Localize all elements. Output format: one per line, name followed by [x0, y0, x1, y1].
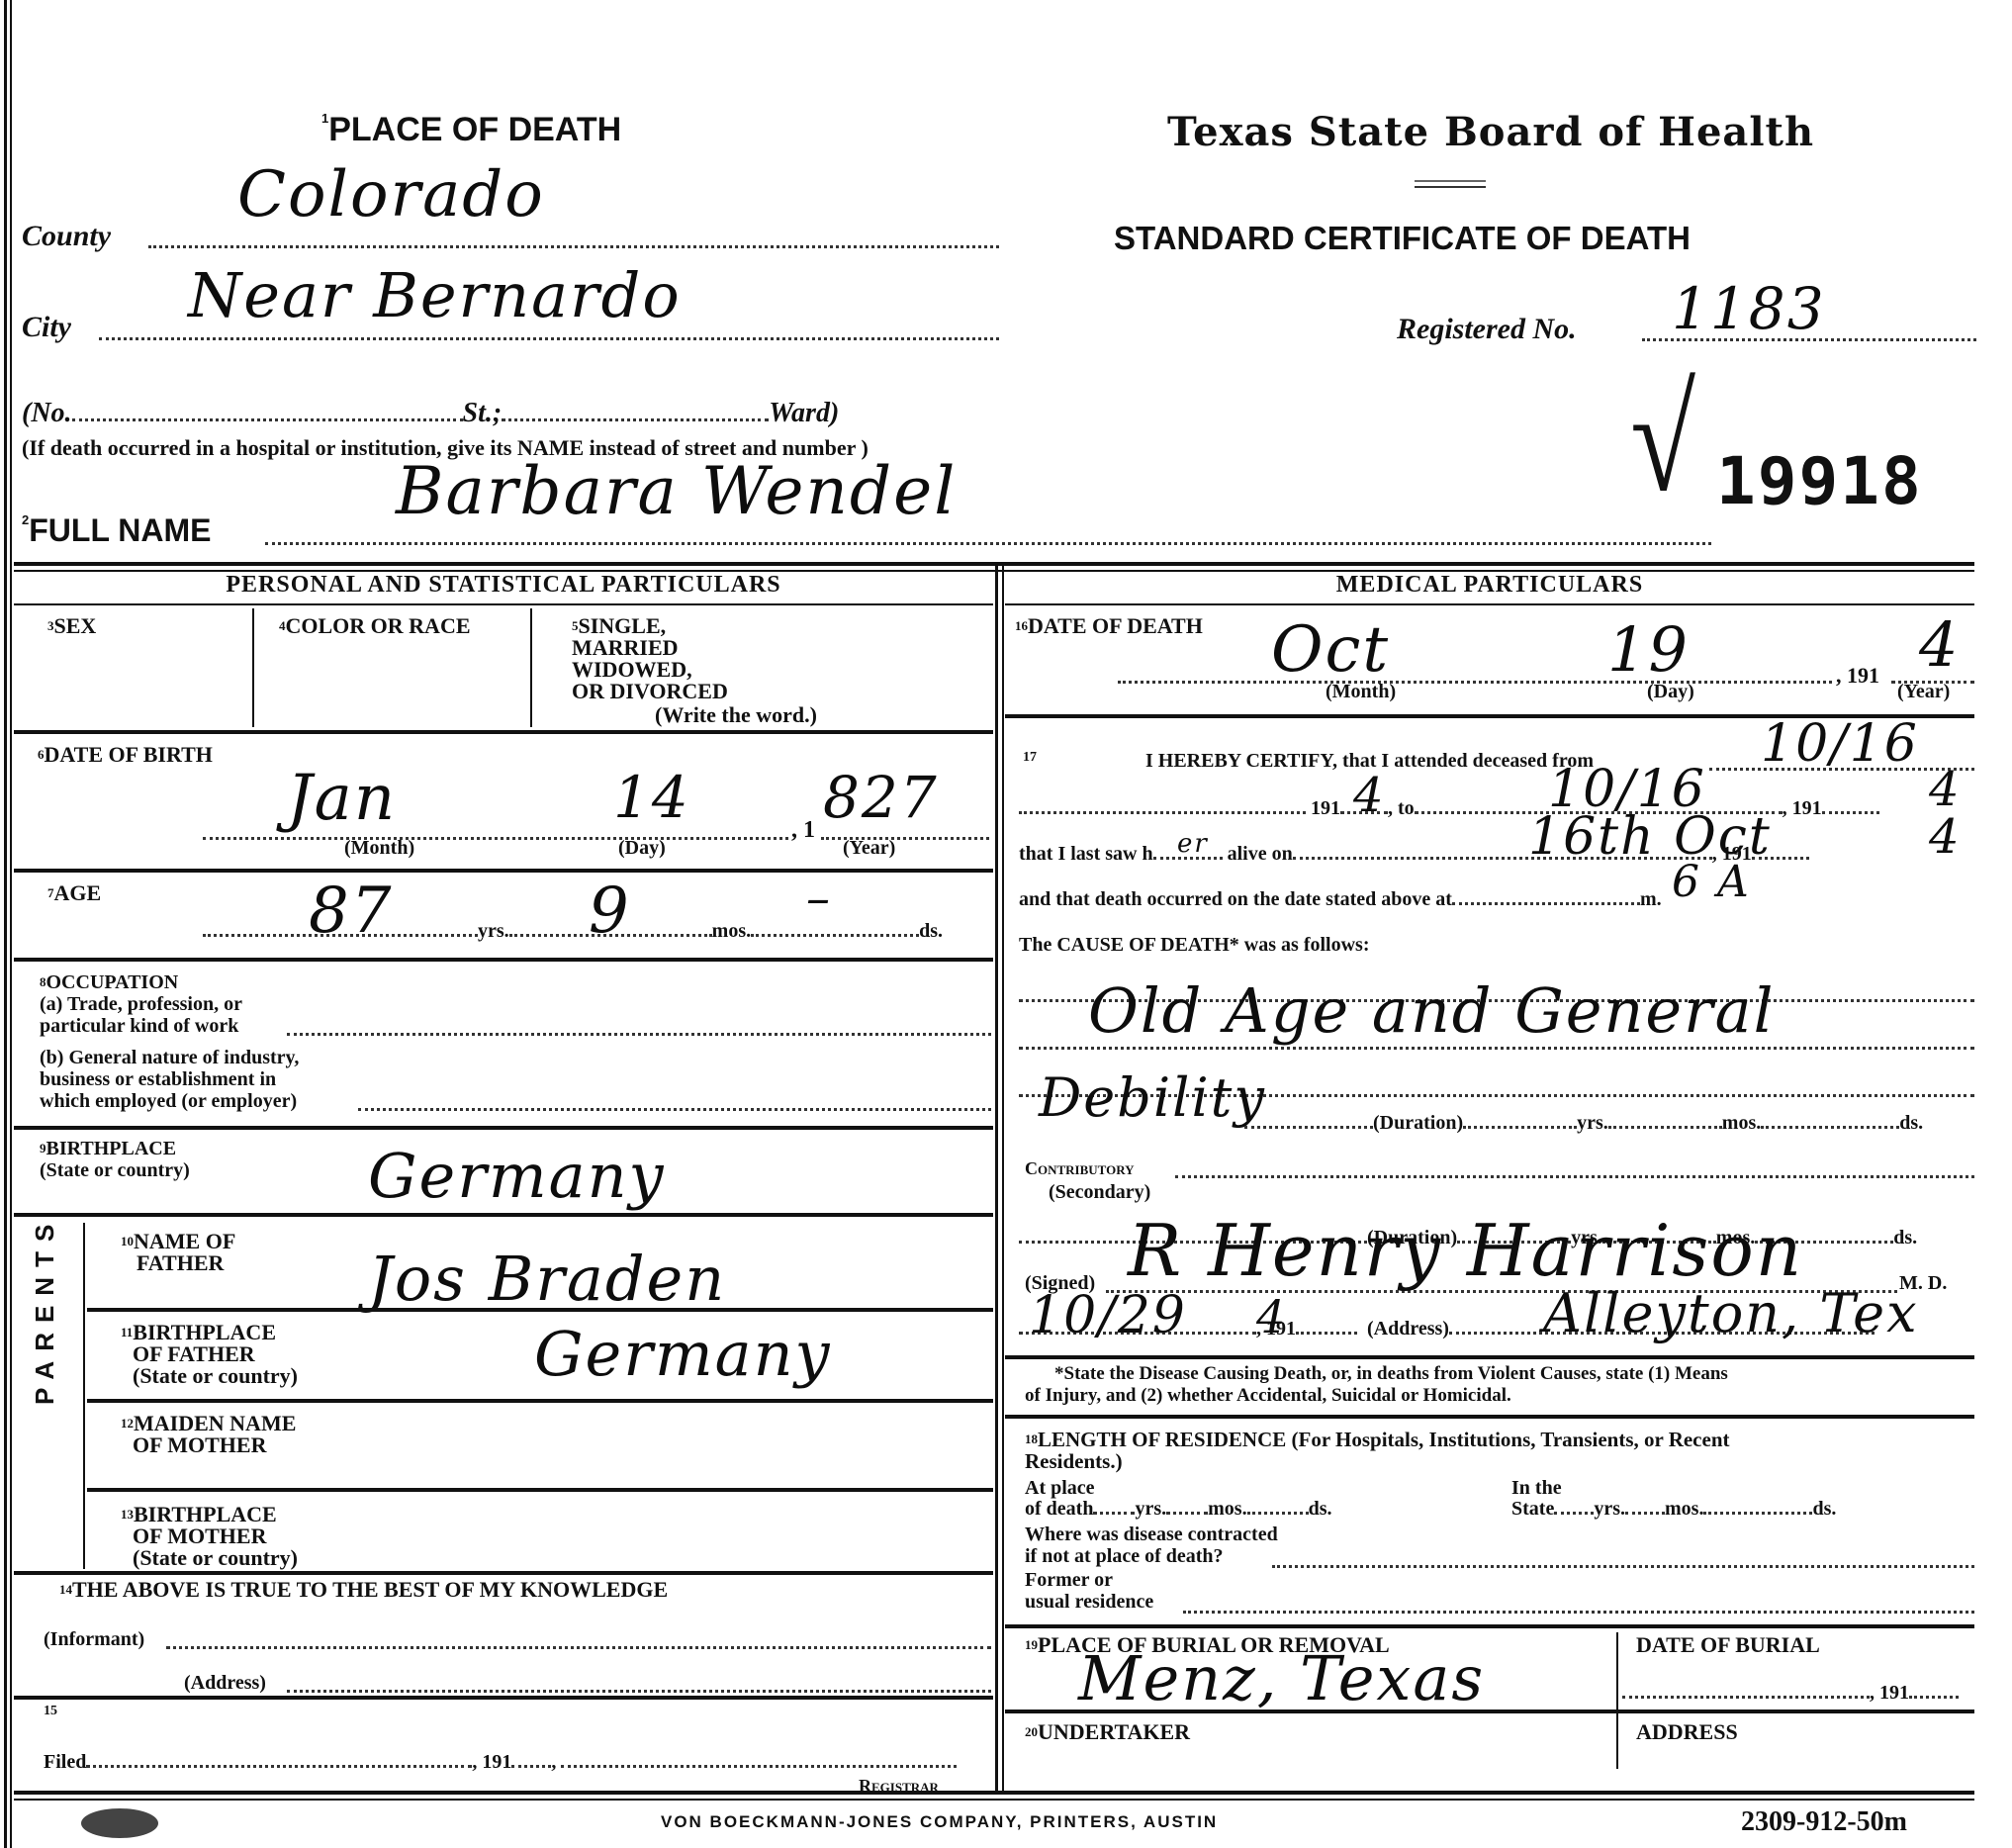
last-saw-row: that I last saw h alive on, 191	[1019, 843, 1974, 865]
county-value: Colorado	[237, 158, 545, 231]
age-months-value: 9	[589, 875, 631, 948]
signed-date-value: 10/29	[1029, 1286, 1187, 1345]
secondary-label: (Secondary)	[1049, 1181, 1150, 1203]
form-number: 2309-912-50m	[1741, 1806, 1907, 1838]
rule-after-informant	[14, 1696, 993, 1700]
union-label-logo-icon	[81, 1808, 158, 1838]
dob-year-prefix: , 1	[791, 819, 815, 841]
informant-address-line[interactable]	[287, 1682, 991, 1693]
burial-date-row: , 191	[1622, 1682, 1959, 1704]
filed-num: 15	[44, 1704, 57, 1719]
dob-month-value: Jan	[287, 762, 397, 835]
death-time-value: 6 A	[1672, 857, 1751, 907]
undertaker-label: 20UNDERTAKER	[1025, 1721, 1190, 1743]
marital-label: 5SINGLE, MARRIED WIDOWED, OR DIVORCED	[572, 615, 728, 702]
cert-title: STANDARD CERTIFICATE OF DEATH	[1114, 220, 1691, 257]
race-divider	[530, 608, 532, 727]
mother-maiden-label: 12MAIDEN NAME OF MOTHER	[121, 1413, 296, 1456]
place-of-death-title: 1PLACE OF DEATH	[321, 111, 621, 149]
father-name-value: Jos Braden	[368, 1243, 726, 1315]
sex-divider	[252, 608, 254, 727]
occupation-b-label: (b) General nature of industry, business…	[40, 1047, 366, 1112]
dod-label: 16DATE OF DEATH	[1015, 615, 1203, 637]
attended-row: 191, to, 191	[1019, 797, 1974, 819]
birthplace-value: Germany	[368, 1140, 666, 1212]
parents-divider	[83, 1223, 85, 1569]
dod-month-caption: (Month)	[1326, 681, 1396, 703]
column-divider-2	[1002, 562, 1004, 1791]
dod-day-caption: (Day)	[1647, 681, 1694, 703]
attended-from-value: 10/16	[1761, 714, 1919, 774]
dob-year-caption: (Year)	[843, 837, 895, 860]
personal-title-rule	[14, 603, 993, 605]
column-divider	[995, 562, 998, 1791]
rule-after-father-birthplace	[87, 1399, 993, 1403]
burial-date-label: DATE OF BURIAL	[1636, 1634, 1820, 1656]
last-saw-pronoun: er	[1177, 829, 1209, 859]
birthplace-label: 9BIRTHPLACE (State or country)	[40, 1138, 190, 1181]
informant-address-label: (Address)	[184, 1672, 266, 1694]
board-title: Texas State Board of Health	[1167, 109, 1814, 155]
full-name-line	[265, 534, 1711, 545]
informant-line[interactable]	[166, 1638, 991, 1649]
race-label: 4COLOR OR RACE	[279, 615, 471, 637]
dob-label: 6DATE OF BIRTH	[38, 744, 213, 766]
contracted-line	[1272, 1557, 1974, 1568]
title-ornament-2	[1415, 186, 1486, 188]
rule-after-father-name	[87, 1308, 993, 1312]
physician-signature: R Henry Harrison	[1128, 1209, 1803, 1292]
rule-after-age	[14, 958, 993, 962]
signed-address-value: Alleyton, Tex	[1543, 1282, 1919, 1344]
parents-side-label: PARENTS	[30, 1215, 60, 1405]
title-ornament	[1415, 180, 1486, 182]
dod-year-prefix: , 191	[1836, 665, 1879, 687]
father-birthplace-value: Germany	[534, 1318, 832, 1390]
rule-after-occupation	[14, 1126, 993, 1130]
sex-label: 3SEX	[47, 615, 96, 637]
city-label: City	[22, 311, 71, 344]
rule-after-signature	[1005, 1355, 1974, 1359]
bottom-rule-2	[14, 1799, 1974, 1801]
age-label: 7AGE	[47, 882, 101, 904]
rule-after-mother-maiden	[87, 1488, 993, 1492]
rule-after-residence	[1005, 1624, 1974, 1628]
rule-after-sex	[14, 730, 993, 734]
contracted-label: Where was disease contracted if not at p…	[1025, 1524, 1278, 1567]
bottom-rule	[14, 1791, 1974, 1795]
in-state-label: In the Stateyrs.mos.ds.	[1511, 1478, 1836, 1520]
dod-day-value: 19	[1607, 613, 1690, 686]
informant-label: (Informant)	[44, 1628, 144, 1650]
cause-label: The CAUSE OF DEATH* was as follows:	[1019, 934, 1369, 956]
death-time-row: and that death occurred on the date stat…	[1019, 888, 1662, 910]
medical-title-rule	[1005, 603, 1974, 605]
signed-year-value: 4	[1256, 1290, 1287, 1343]
undertaker-address-label: ADDRESS	[1636, 1721, 1738, 1743]
personal-section-title: PERSONAL AND STATISTICAL PARTICULARS	[14, 574, 993, 596]
duration-row-1: (Duration)yrs.mos.ds.	[1244, 1112, 1974, 1134]
dod-month-value: Oct	[1271, 613, 1390, 687]
burial-value: Menz, Texas	[1078, 1642, 1485, 1714]
attended-from-year: 4	[1353, 768, 1386, 823]
true-statement: 14THE ABOVE IS TRUE TO THE BEST OF MY KN…	[59, 1579, 668, 1601]
section-divider-top	[14, 562, 1974, 566]
left-border	[4, 0, 7, 1848]
rule-after-birthplace	[14, 1213, 993, 1217]
dod-line	[1118, 673, 1832, 684]
at-place-label: At place of deathyrs.mos.ds.	[1025, 1478, 1331, 1520]
dob-month-caption: (Month)	[344, 837, 414, 860]
full-name-label: 2FULL NAME	[22, 512, 212, 549]
former-residence-line	[1183, 1603, 1974, 1614]
county-label: County	[22, 220, 111, 253]
former-residence-label: Former or usual residence	[1025, 1569, 1153, 1613]
filed-row: Filed, 191,	[44, 1751, 993, 1773]
city-value: Near Bernardo	[188, 259, 682, 331]
rule-after-footnote	[1005, 1415, 1974, 1419]
dod-year-caption: (Year)	[1897, 681, 1950, 703]
contributory-line	[1175, 1167, 1974, 1178]
age-years-value: 87	[309, 875, 393, 948]
cause-line-1-value: Old Age and General	[1088, 974, 1775, 1047]
mother-birthplace-label: 13BIRTHPLACE OF MOTHER (State or country…	[121, 1504, 298, 1569]
registered-no-label: Registered No.	[1397, 313, 1577, 346]
dob-day-caption: (Day)	[618, 837, 666, 860]
alive-on-year: 4	[1929, 809, 1962, 865]
father-birthplace-label: 11BIRTHPLACE OF FATHER (State or country…	[121, 1322, 298, 1387]
occupation-b-line	[358, 1100, 991, 1111]
marital-note: (Write the word.)	[655, 704, 817, 726]
dob-year-value: 827	[823, 764, 939, 831]
left-border-inner	[10, 0, 12, 1848]
registered-no-value: 1183	[1672, 275, 1826, 342]
rule-after-burial	[1005, 1709, 1974, 1713]
contributory-label: Contributory	[1025, 1157, 1135, 1179]
address-row: (No.St.;Ward)	[22, 398, 1001, 429]
full-name-value: Barbara Wendel	[396, 453, 957, 529]
occupation-a-line	[287, 1025, 991, 1036]
county-line	[148, 237, 999, 248]
cause-footnote: *State the Disease Causing Death, or, in…	[1025, 1363, 1974, 1407]
certify-num: 17	[1023, 750, 1037, 766]
father-name-label: 10NAME OF FATHER	[121, 1231, 235, 1274]
residence-label: 18LENGTH OF RESIDENCE (For Hospitals, In…	[1025, 1429, 1974, 1472]
age-days-value: –	[806, 871, 832, 926]
stamp-number: 19918	[1716, 443, 1923, 519]
dod-year-value: 4	[1919, 608, 1960, 681]
rule-after-mother-birthplace	[14, 1571, 993, 1575]
check-mark-icon: √	[1630, 366, 1695, 514]
cause-line-2-value: Debility	[1039, 1066, 1266, 1129]
dob-day-value: 14	[613, 764, 690, 831]
printer-credit: VON BOECKMANN-JONES COMPANY, PRINTERS, A…	[661, 1812, 1218, 1832]
medical-section-title: MEDICAL PARTICULARS	[1005, 574, 1974, 596]
burial-divider	[1616, 1632, 1618, 1769]
rule-after-dob	[14, 869, 993, 873]
